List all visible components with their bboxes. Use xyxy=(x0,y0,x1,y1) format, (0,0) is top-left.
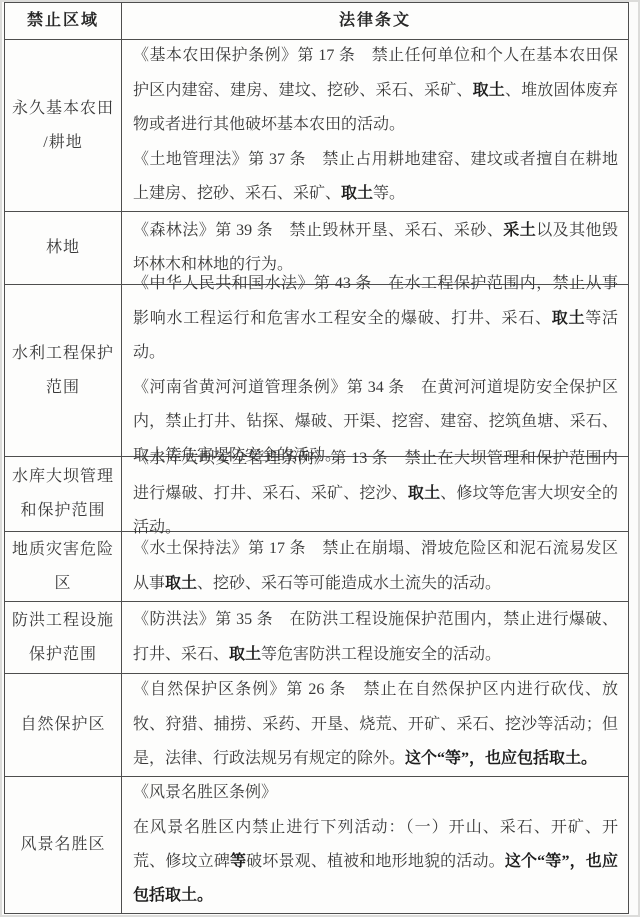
zone-cell-forest: 林地 xyxy=(5,212,122,284)
zone-cell-farmland: 永久基本农田 /耕地 xyxy=(5,40,122,211)
table-row-flood-control: 防洪工程设施 保护范围 《防洪法》第 35 条 在防洪工程设施保护范围内，禁止进… xyxy=(5,601,628,673)
law-paragraph: 《中华人民共和国水法》第 43 条 在水工程保护范围内，禁止从事影响水工程运行和… xyxy=(133,267,618,370)
zone-cell-nature-reserve: 自然保护区 xyxy=(5,674,122,776)
law-cell-flood-control: 《防洪法》第 35 条 在防洪工程设施保护范围内，禁止进行爆破、打井、采石、取土… xyxy=(122,602,628,673)
zone-label-line: 水利工程保护 xyxy=(12,337,114,371)
table-row-water-project: 水利工程保护 范围 《中华人民共和国水法》第 43 条 在水工程保护范围内，禁止… xyxy=(5,284,628,456)
table-row-scenic-area: 风景名胜区 《风景名胜区条例》 在风景名胜区内禁止进行下列活动：（一）开山、采石… xyxy=(5,776,628,913)
zone-cell-reservoir-dam: 水库大坝管理 和保护范围 xyxy=(5,457,122,531)
header-zone-label: 禁止区域 xyxy=(27,4,99,38)
prohibited-zones-table: 禁止区域 法律条文 永久基本农田 /耕地 《基本农田保护条例》第 17 条 禁止… xyxy=(4,2,629,914)
zone-label-line: /耕地 xyxy=(43,126,82,160)
law-paragraph: 《防洪法》第 35 条 在防洪工程设施保护范围内，禁止进行爆破、打井、采石、取土… xyxy=(133,603,618,672)
header-zone: 禁止区域 xyxy=(5,3,122,39)
zone-label-line: 永久基本农田 xyxy=(12,92,114,126)
zone-cell-scenic-area: 风景名胜区 xyxy=(5,777,122,913)
law-cell-farmland: 《基本农田保护条例》第 17 条 禁止任何单位和个人在基本农田保护区内建窑、建房… xyxy=(122,40,628,211)
zone-label-line: 风景名胜区 xyxy=(20,828,105,862)
zone-label-line: 林地 xyxy=(46,231,80,265)
law-paragraph: 《土地管理法》第 37 条 禁止占用耕地建窑、建坟或者擅自在耕地上建房、挖砂、采… xyxy=(133,143,618,212)
zone-cell-water-project: 水利工程保护 范围 xyxy=(5,285,122,456)
zone-label-line: 防洪工程设施 xyxy=(12,604,114,638)
zone-label-line: 和保护范围 xyxy=(20,494,105,528)
law-paragraph: 在风景名胜区内禁止进行下列活动：（一）开山、采石、开矿、开荒、修坟立碑等破坏景观… xyxy=(133,811,618,914)
law-paragraph: 《水土保持法》第 17 条 禁止在崩塌、滑坡危险区和泥石流易发区从事取土、挖砂、… xyxy=(133,532,618,601)
zone-label-line: 自然保护区 xyxy=(20,708,105,742)
zone-cell-flood-control: 防洪工程设施 保护范围 xyxy=(5,602,122,673)
law-paragraph: 《风景名胜区条例》 xyxy=(133,776,618,810)
header-law-label: 法律条文 xyxy=(339,4,411,38)
table-row-nature-reserve: 自然保护区 《自然保护区条例》第 26 条 禁止在自然保护区内进行砍伐、放牧、狩… xyxy=(5,673,628,776)
law-cell-nature-reserve: 《自然保护区条例》第 26 条 禁止在自然保护区内进行砍伐、放牧、狩猎、捕捞、采… xyxy=(122,674,628,776)
header-law: 法律条文 xyxy=(122,3,628,39)
law-cell-water-project: 《中华人民共和国水法》第 43 条 在水工程保护范围内，禁止从事影响水工程运行和… xyxy=(122,285,628,456)
table-header-row: 禁止区域 法律条文 xyxy=(5,3,628,39)
zone-label-line: 区 xyxy=(54,567,71,601)
zone-label-line: 水库大坝管理 xyxy=(12,460,114,494)
zone-label-line: 范围 xyxy=(46,371,80,405)
law-cell-scenic-area: 《风景名胜区条例》 在风景名胜区内禁止进行下列活动：（一）开山、采石、开矿、开荒… xyxy=(122,777,628,913)
law-cell-reservoir-dam: 《水库大坝安全管理条例》第 13 条 禁止在大坝管理和保护范围内进行爆破、打井、… xyxy=(122,457,628,531)
zone-label-line: 地质灾害危险 xyxy=(12,533,114,567)
table-row-reservoir-dam: 水库大坝管理 和保护范围 《水库大坝安全管理条例》第 13 条 禁止在大坝管理和… xyxy=(5,456,628,531)
law-paragraph: 《水库大坝安全管理条例》第 13 条 禁止在大坝管理和保护范围内进行爆破、打井、… xyxy=(133,442,618,545)
table-row-geo-hazard: 地质灾害危险 区 《水土保持法》第 17 条 禁止在崩塌、滑坡危险区和泥石流易发… xyxy=(5,531,628,601)
zone-cell-geo-hazard: 地质灾害危险 区 xyxy=(5,532,122,601)
zone-label-line: 保护范围 xyxy=(29,638,97,672)
law-paragraph: 《自然保护区条例》第 26 条 禁止在自然保护区内进行砍伐、放牧、狩猎、捕捞、采… xyxy=(133,673,618,776)
law-paragraph: 《基本农田保护条例》第 17 条 禁止任何单位和个人在基本农田保护区内建窑、建房… xyxy=(133,39,618,142)
table-row-farmland: 永久基本农田 /耕地 《基本农田保护条例》第 17 条 禁止任何单位和个人在基本… xyxy=(5,39,628,211)
law-cell-geo-hazard: 《水土保持法》第 17 条 禁止在崩塌、滑坡危险区和泥石流易发区从事取土、挖砂、… xyxy=(122,532,628,601)
